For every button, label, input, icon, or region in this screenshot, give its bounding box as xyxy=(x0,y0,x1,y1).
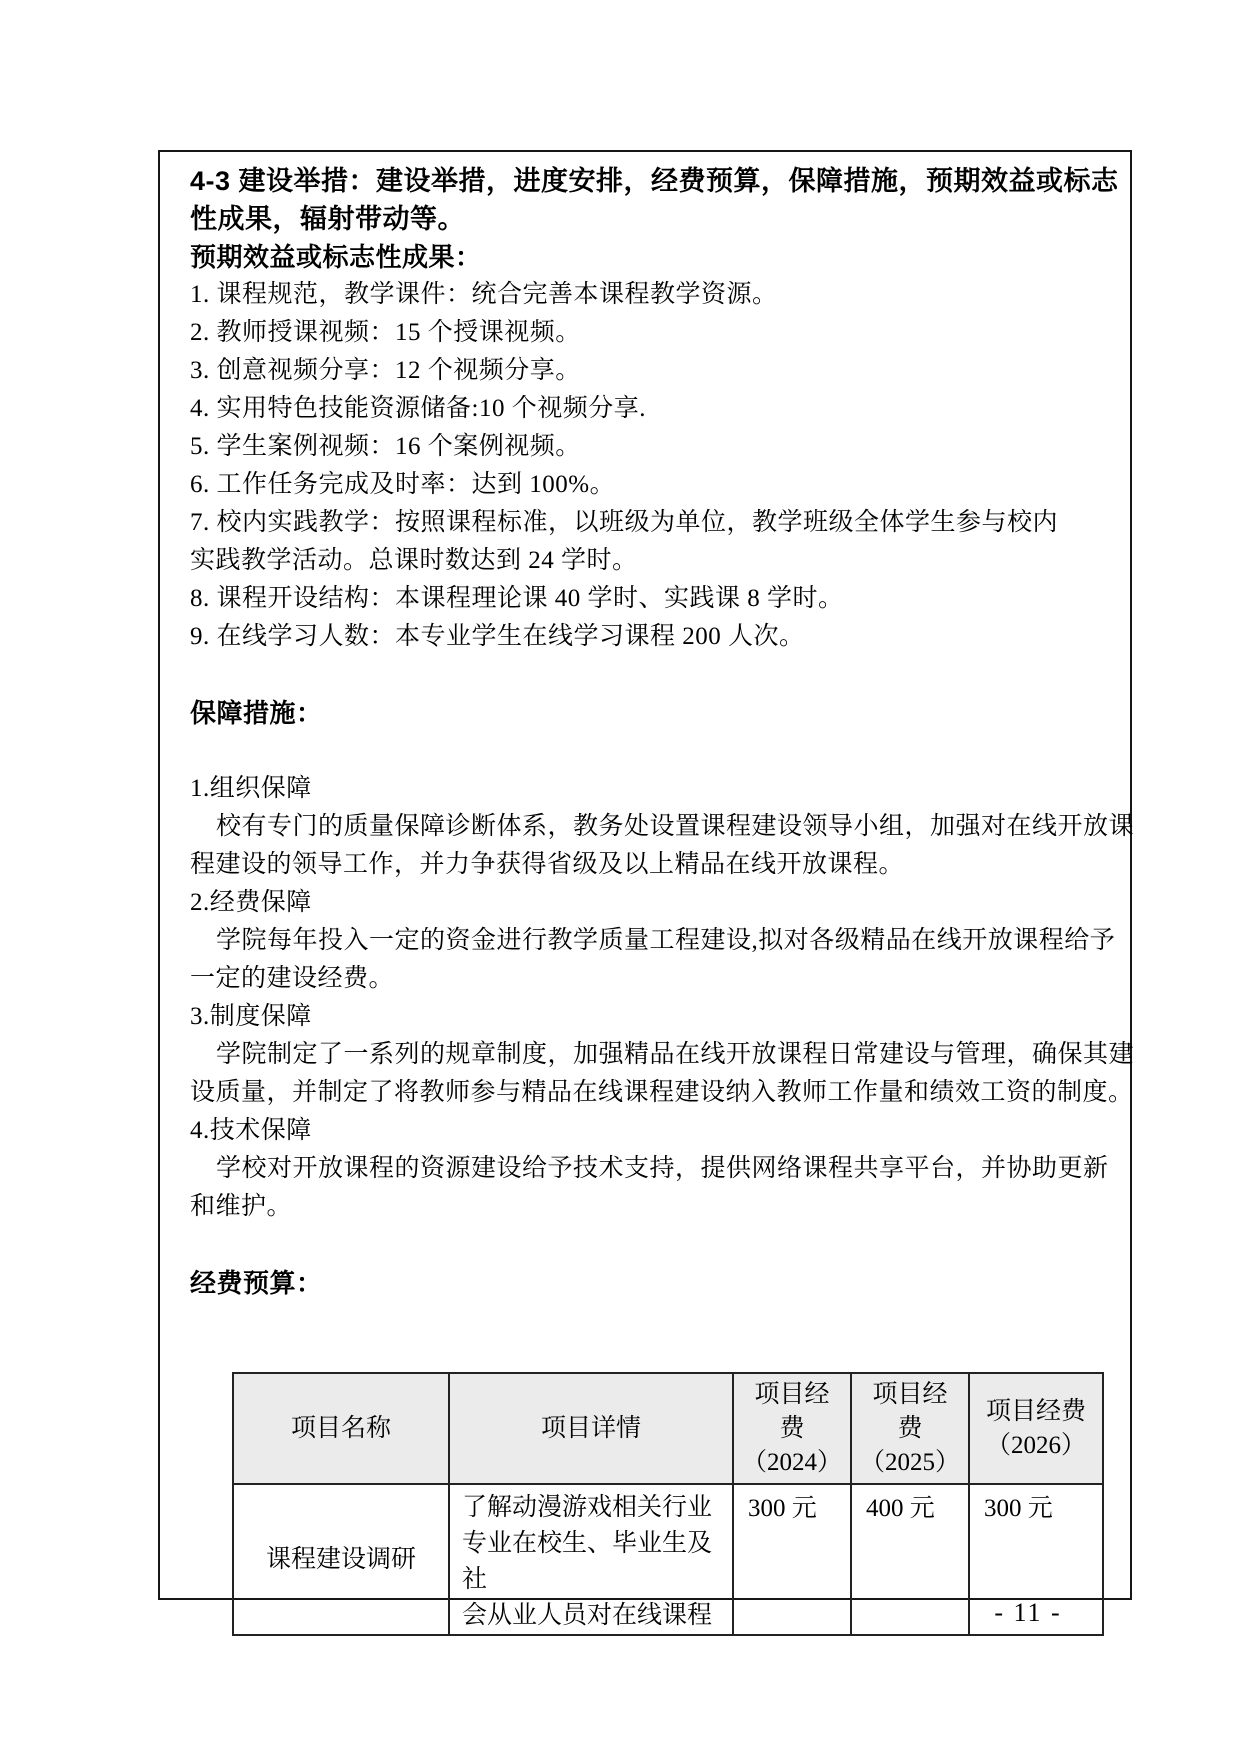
heading-expected-outcomes: 预期效益或标志性成果： xyxy=(190,238,1104,276)
safeguard-2-body-line-1: 学院每年投入一定的资金进行教学质量工程建设,拟对各级精品在线开放课程给予 xyxy=(190,922,1104,960)
outcome-item-1: 1. 课程规范，教学课件：统合完善本课程教学资源。 xyxy=(190,276,1104,314)
outcome-item-9: 9. 在线学习人数：本专业学生在线学习课程 200 人次。 xyxy=(190,618,1104,656)
page-number: - 11 - xyxy=(968,1598,1088,1628)
cell-project-name: 课程建设调研 xyxy=(233,1484,449,1635)
heading-budget: 经费预算： xyxy=(190,1264,1104,1302)
document-page: 4-3 建设举措：建设举措，进度安排，经费预算，保障措施，预期效益或标志 性成果… xyxy=(0,0,1240,1753)
outcome-item-4: 4. 实用特色技能资源储备:10 个视频分享. xyxy=(190,390,1104,428)
col-header-fund-2024: 项目经 费 （2024） xyxy=(733,1373,851,1484)
outcome-item-7-line-1: 7. 校内实践教学：按照课程标准，以班级为单位，教学班级全体学生参与校内 xyxy=(190,504,1104,542)
blank-line xyxy=(190,1226,1104,1264)
outcome-item-5: 5. 学生案例视频：16 个案例视频。 xyxy=(190,428,1104,466)
safeguard-2-title: 2.经费保障 xyxy=(190,884,1104,922)
outcome-item-2: 2. 教师授课视频：15 个授课视频。 xyxy=(190,314,1104,352)
section-title-line-2: 性成果，辐射带动等。 xyxy=(190,200,1104,238)
outcome-item-7-line-2: 实践教学活动。总课时数达到 24 学时。 xyxy=(190,542,1104,580)
safeguard-3-body-line-1: 学院制定了一系列的规章制度，加强精品在线开放课程日常建设与管理，确保其建 xyxy=(190,1036,1104,1074)
safeguard-1-body-line-2: 程建设的领导工作，并力争获得省级及以上精品在线开放课程。 xyxy=(190,846,1104,884)
blank-line xyxy=(190,732,1104,770)
outcome-item-3: 3. 创意视频分享：12 个视频分享。 xyxy=(190,352,1104,390)
cell-project-detail: 了解动漫游戏相关行业 专业在校生、毕业生及社 会从业人员对在线课程 xyxy=(449,1484,733,1635)
section-title-line-1: 4-3 建设举措：建设举措，进度安排，经费预算，保障措施，预期效益或标志 xyxy=(190,162,1104,200)
outcome-item-6: 6. 工作任务完成及时率：达到 100%。 xyxy=(190,466,1104,504)
safeguard-4-body-line-2: 和维护。 xyxy=(190,1188,1104,1226)
cell-fund-2025: 400 元 xyxy=(851,1484,969,1635)
safeguard-1-body-line-1: 校有专门的质量保障诊断体系，教务处设置课程建设领导小组，加强对在线开放课 xyxy=(190,808,1104,846)
col-header-project-detail: 项目详情 xyxy=(449,1373,733,1484)
blank-line xyxy=(190,656,1104,694)
col-header-fund-2025: 项目经 费 （2025） xyxy=(851,1373,969,1484)
safeguard-4-title: 4.技术保障 xyxy=(190,1112,1104,1150)
col-header-fund-2026: 项目经费 （2026） xyxy=(969,1373,1103,1484)
cell-fund-2024: 300 元 xyxy=(733,1484,851,1635)
safeguard-1-title: 1.组织保障 xyxy=(190,770,1104,808)
heading-safeguard-measures: 保障措施： xyxy=(190,694,1104,732)
col-header-project-name: 项目名称 xyxy=(233,1373,449,1484)
outcome-item-8: 8. 课程开设结构：本课程理论课 40 学时、实践课 8 学时。 xyxy=(190,580,1104,618)
budget-table-header-row: 项目名称 项目详情 项目经 费 （2024） 项目经 费 （2025） 项目经费… xyxy=(233,1373,1103,1484)
safeguard-2-body-line-2: 一定的建设经费。 xyxy=(190,960,1104,998)
budget-table: 项目名称 项目详情 项目经 费 （2024） 项目经 费 （2025） 项目经费… xyxy=(232,1372,1104,1636)
safeguard-3-body-line-2: 设质量，并制定了将教师参与精品在线课程建设纳入教师工作量和绩效工资的制度。 xyxy=(190,1074,1104,1112)
safeguard-3-title: 3.制度保障 xyxy=(190,998,1104,1036)
safeguard-4-body-line-1: 学校对开放课程的资源建设给予技术支持，提供网络课程共享平台，并协助更新 xyxy=(190,1150,1104,1188)
